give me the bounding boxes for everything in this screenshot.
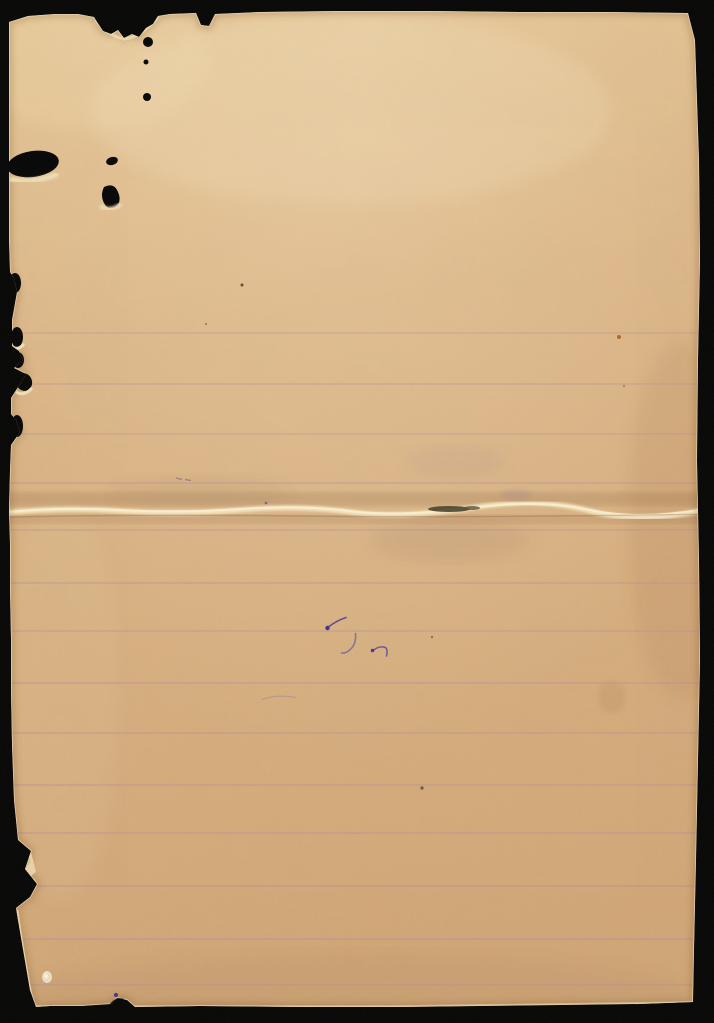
aging-stain bbox=[405, 446, 505, 478]
document-scan bbox=[0, 0, 714, 1023]
aging-stain bbox=[598, 681, 626, 713]
paper-speck bbox=[623, 385, 625, 387]
paper-hole bbox=[144, 60, 149, 65]
paper-speck bbox=[420, 786, 423, 789]
aging-stain bbox=[370, 518, 530, 562]
fold-dark-mark bbox=[428, 506, 470, 512]
paper-speck bbox=[241, 284, 244, 287]
paper-hole bbox=[11, 327, 23, 347]
paper-hole bbox=[143, 37, 153, 47]
fold-dark-mark bbox=[464, 506, 480, 510]
paper-speck bbox=[431, 636, 433, 638]
fold-shadow-upper bbox=[0, 492, 714, 506]
ink-smudge bbox=[500, 489, 532, 501]
paper-hole bbox=[143, 93, 151, 101]
paper-clip-group bbox=[0, 0, 714, 1023]
paper-speck bbox=[617, 335, 621, 339]
ink-dot bbox=[265, 502, 268, 505]
paper-white-spot bbox=[44, 974, 48, 979]
paper-speck bbox=[205, 323, 207, 325]
ink-dot bbox=[114, 993, 118, 997]
